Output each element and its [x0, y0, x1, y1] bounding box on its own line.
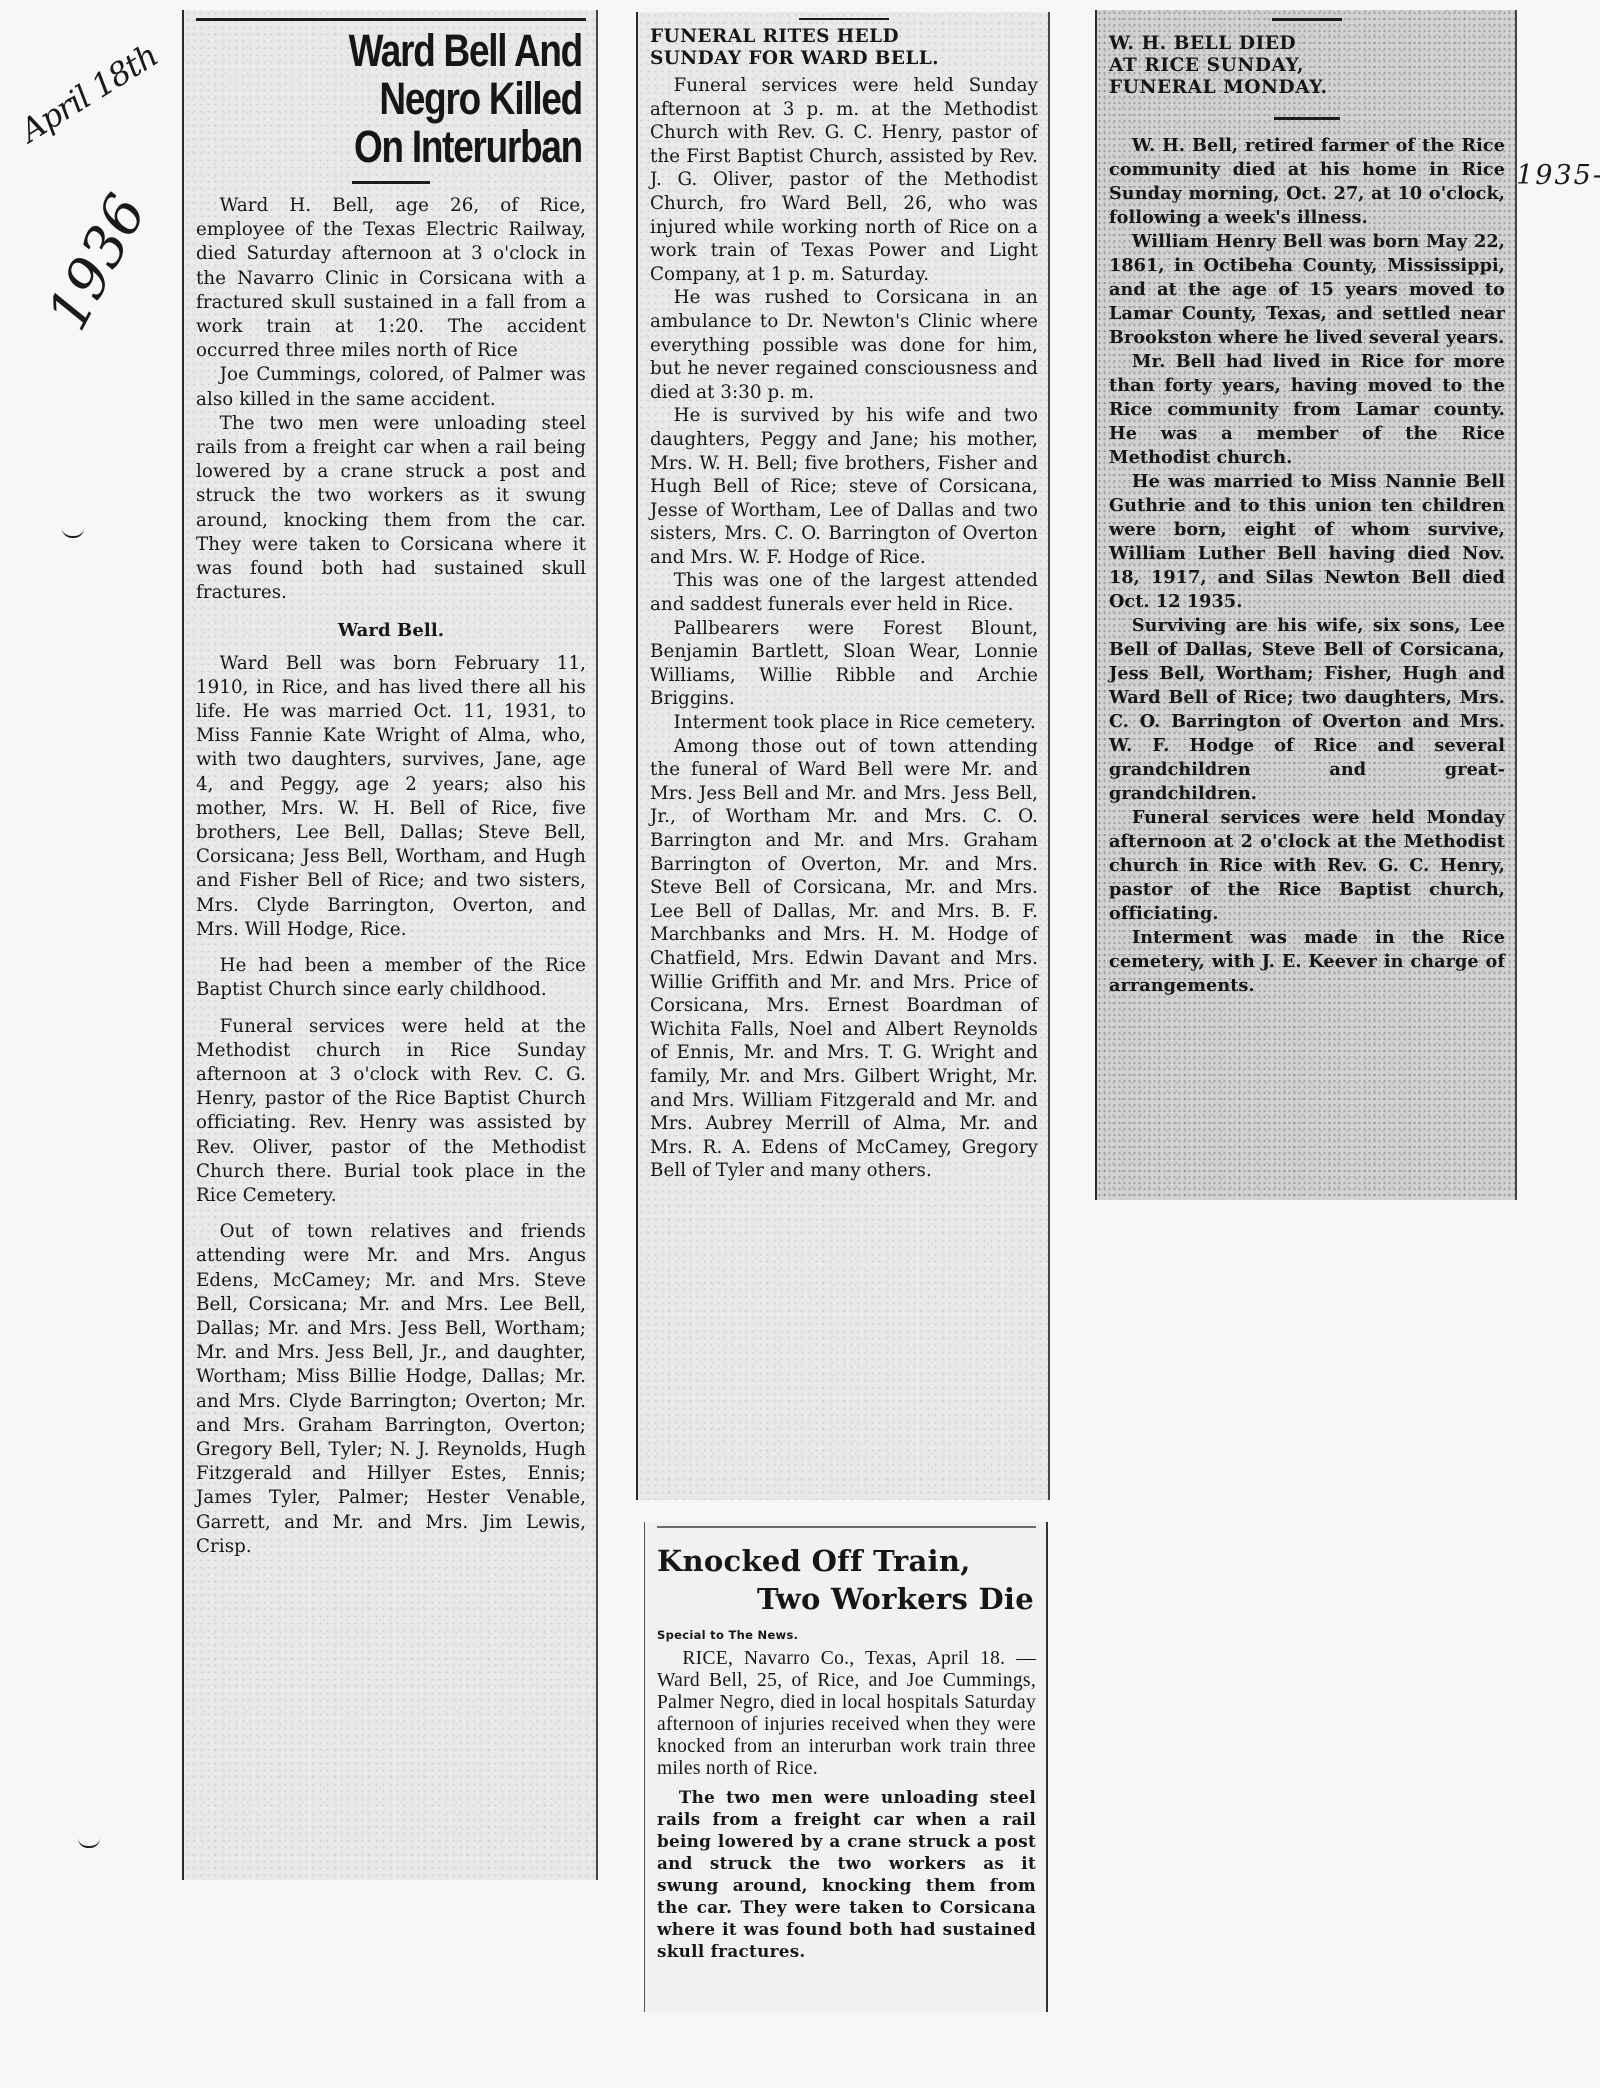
headline: Knocked Off Train, Two Workers Die — [657, 1542, 1036, 1618]
headline-line: Negro Killed — [265, 75, 582, 123]
clipping-funeral-rites: FUNERAL RITES HELD SUNDAY FOR WARD BELL.… — [636, 12, 1050, 1500]
headline-line: W. H. BELL DIED — [1109, 33, 1505, 55]
article-paragraph: The two men were unloading steel rails f… — [196, 412, 586, 606]
article-paragraph: He had been a member of the Rice Baptist… — [196, 954, 586, 1002]
clipping-knocked-off-train: Knocked Off Train, Two Workers Die Speci… — [644, 1522, 1048, 2012]
article-paragraph: He was married to Miss Nannie Bell Guthr… — [1109, 470, 1505, 614]
headline: Ward Bell And Negro Killed On Interurban — [196, 27, 586, 171]
article-paragraph: Mr. Bell had lived in Rice for more than… — [1109, 350, 1505, 470]
divider — [1272, 18, 1342, 21]
article-paragraph: Interment was made in the Rice cemetery,… — [1109, 926, 1505, 998]
clipping-wh-bell-died: W. H. BELL DIED AT RICE SUNDAY, FUNERAL … — [1095, 10, 1517, 1200]
article-paragraph: He was rushed to Corsicana in an ambulan… — [650, 286, 1038, 404]
headline: W. H. BELL DIED AT RICE SUNDAY, FUNERAL … — [1109, 33, 1505, 99]
article-paragraph: Surviving are his wife, six sons, Lee Be… — [1109, 614, 1505, 806]
handwritten-year-left: 1936 — [35, 184, 159, 340]
article-paragraph: Joe Cummings, colored, of Palmer was als… — [196, 363, 586, 411]
clipping-top-rule — [657, 1526, 1036, 1528]
headline-line: FUNERAL MONDAY. — [1109, 77, 1505, 99]
clipping-ward-bell-interurban: Ward Bell And Negro Killed On Interurban… — [182, 10, 598, 1880]
article-paragraph: Pallbearers were Forest Blount, Benjamin… — [650, 617, 1038, 711]
article-paragraph: This was one of the largest attended and… — [650, 569, 1038, 616]
article-paragraph: Out of town relatives and friends attend… — [196, 1220, 586, 1559]
headline-line: Two Workers Die — [657, 1580, 1036, 1618]
divider — [1274, 117, 1340, 120]
byline: Special to The News. — [657, 1624, 1036, 1646]
headline-line: Knocked Off Train, — [657, 1544, 971, 1578]
article-paragraph: RICE, Navarro Co., Texas, April 18. —War… — [657, 1648, 1036, 1780]
article-paragraph: Funeral services were held Sunday aftern… — [650, 74, 1038, 286]
section-subhead: Ward Bell. — [196, 619, 586, 643]
article-paragraph: The two men were unloading steel rails f… — [657, 1786, 1036, 1962]
headline-line: Ward Bell And — [265, 27, 582, 75]
handwritten-date: April 18th — [14, 36, 164, 150]
hole-punch-mark — [62, 528, 84, 538]
article-paragraph: Funeral services were held Monday aftern… — [1109, 806, 1505, 926]
headline-line: SUNDAY FOR WARD BELL. — [650, 48, 1038, 70]
article-paragraph: He is survived by his wife and two daugh… — [650, 404, 1038, 569]
hole-punch-mark — [78, 1838, 100, 1848]
headline-line: AT RICE SUNDAY, — [1109, 55, 1505, 77]
article-paragraph: Ward Bell was born February 11, 1910, in… — [196, 652, 586, 942]
article-paragraph: Interment took place in Rice cemetery. — [650, 711, 1038, 735]
headline-line: On Interurban — [265, 123, 582, 171]
handwritten-year-right: -1935- — [1505, 160, 1600, 191]
article-paragraph: Funeral services were held at the Method… — [196, 1015, 586, 1209]
headline-line: FUNERAL RITES HELD — [650, 26, 1038, 48]
divider — [352, 181, 430, 184]
article-paragraph: W. H. Bell, retired farmer of the Rice c… — [1109, 134, 1505, 230]
headline: FUNERAL RITES HELD SUNDAY FOR WARD BELL. — [650, 26, 1038, 70]
clipping-top-rule — [196, 18, 586, 21]
article-paragraph: William Henry Bell was born May 22, 1861… — [1109, 230, 1505, 350]
divider — [799, 18, 889, 20]
article-paragraph: Ward H. Bell, age 26, of Rice, employee … — [196, 194, 586, 363]
article-paragraph: Among those out of town attending the fu… — [650, 735, 1038, 1183]
